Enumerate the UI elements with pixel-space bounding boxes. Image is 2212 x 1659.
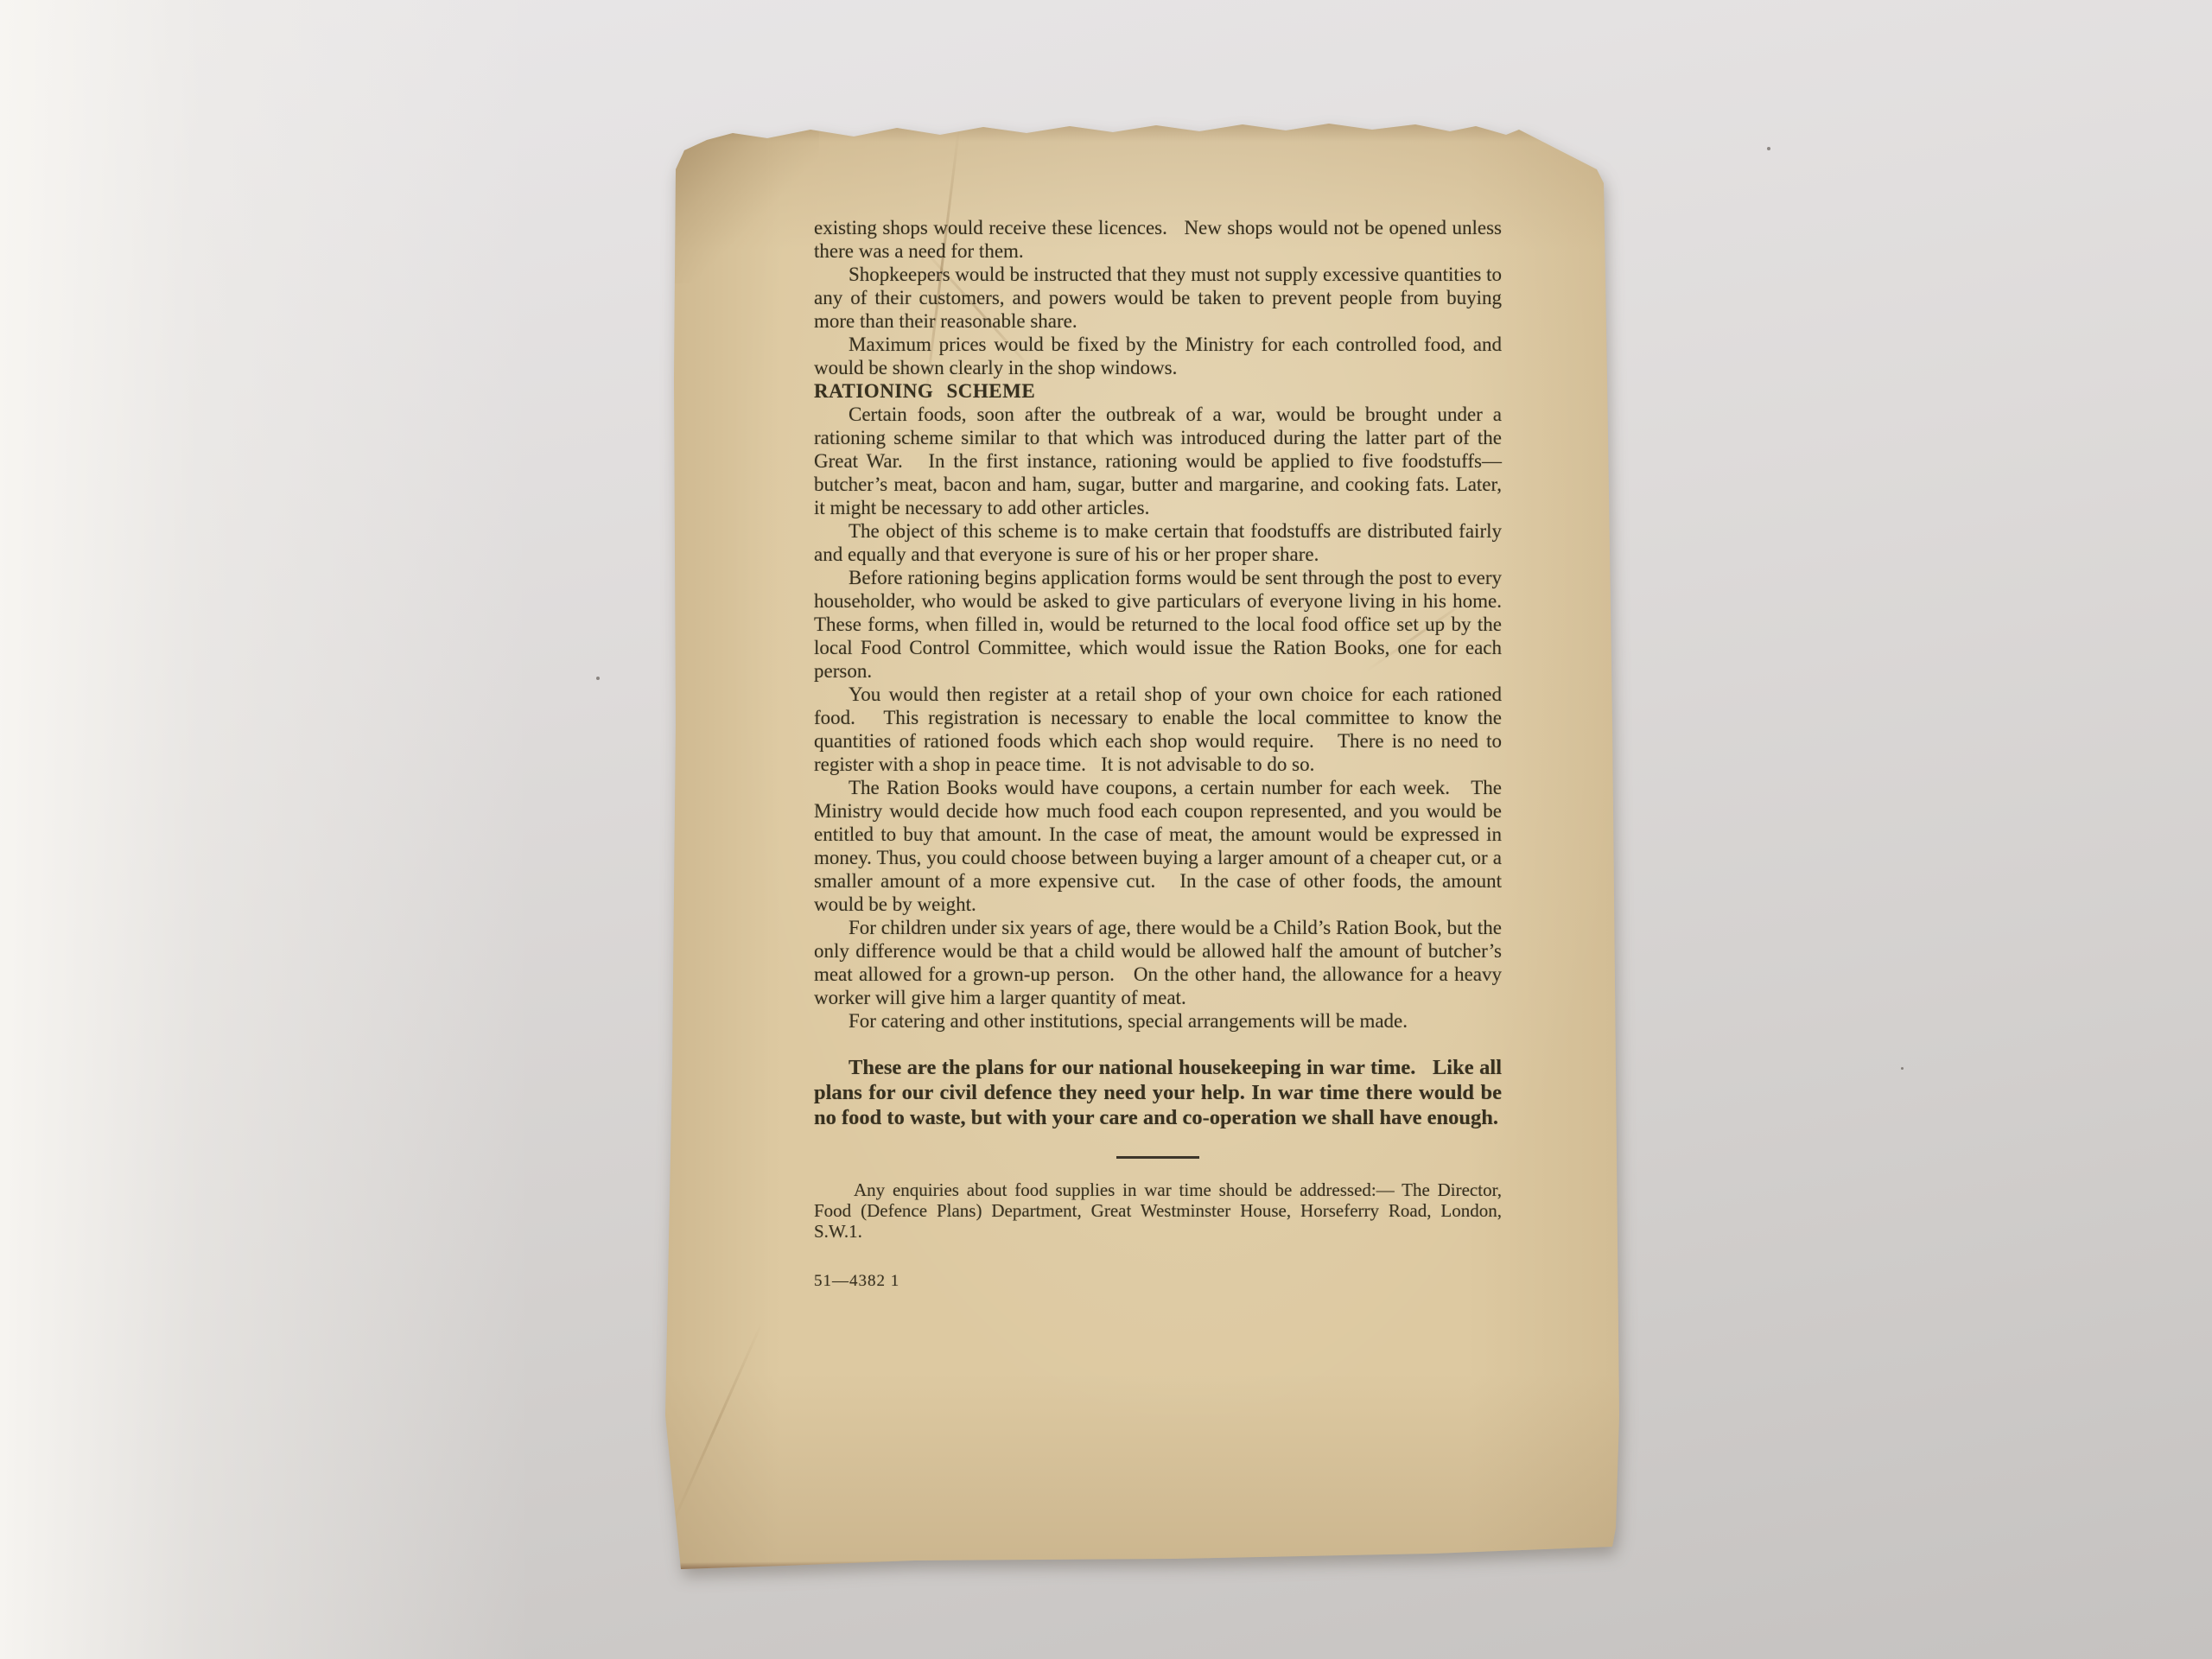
body-paragraph: existing shops would receive these licen… [814,216,1502,263]
page-text-column: existing shops would receive these licen… [814,216,1502,1293]
enquiries-note: Any enquiries about food supplies in war… [814,1179,1502,1242]
closing-paragraph: These are the plans for our national hou… [814,1055,1502,1130]
body-paragraph: For children under six years of age, the… [814,916,1502,1009]
corner-fold-shadow [655,119,819,283]
dust-speck [596,677,600,680]
body-paragraph: The Ration Books would have coupons, a c… [814,776,1502,916]
paper-surface: existing shops would receive these licen… [655,119,1621,1578]
paper-crease [670,1321,763,1528]
body-paragraph: Shopkeepers would be instructed that the… [814,263,1502,333]
body-paragraph: For catering and other institutions, spe… [814,1009,1502,1033]
section-heading: RATIONING SCHEME [814,379,1502,403]
body-paragraph: Certain foods, soon after the outbreak o… [814,403,1502,519]
rationing-paragraphs: Certain foods, soon after the outbreak o… [814,403,1502,1033]
body-paragraph: The object of this scheme is to make cer… [814,519,1502,566]
opening-paragraphs: existing shops would receive these licen… [814,216,1502,379]
body-paragraph: Maximum prices would be fixed by the Min… [814,333,1502,379]
dust-speck [1767,147,1770,150]
divider-rule [1116,1156,1199,1159]
body-paragraph: You would then register at a retail shop… [814,683,1502,776]
body-paragraph: Before rationing begins application form… [814,566,1502,683]
leaflet-page: existing shops would receive these licen… [655,119,1621,1578]
photo-background: existing shops would receive these licen… [0,0,2212,1659]
print-code: 51—4382 1 [814,1269,1502,1293]
dust-speck [1901,1067,1904,1070]
page-bottom-edge [660,1555,1618,1572]
